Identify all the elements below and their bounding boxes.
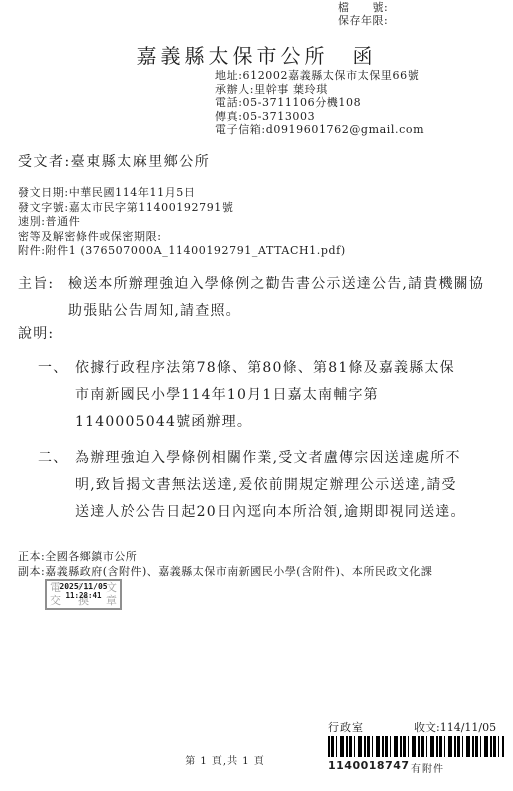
- stamp-date: 2025/11/05: [47, 582, 120, 591]
- security-class: 密等及解密條件或保密期限:: [18, 230, 346, 245]
- subject-text: 檢送本所辦理強迫入學條例之勸告書公示送達公告,請貴機關協助張貼公告周知,請查照。: [68, 276, 484, 319]
- stamp-time: 11:28:41: [47, 591, 120, 600]
- description-label: 說明:: [18, 323, 54, 343]
- contact-person: 承辦人:里幹事 葉玲琪: [215, 83, 424, 97]
- document-title: 嘉義縣太保市公所 函: [0, 40, 513, 69]
- copies-block: 正本:全國各鄉鎮市公所 副本:嘉義縣政府(含附件)、嘉義縣太保市南新國民小學(含…: [18, 550, 432, 579]
- contact-email: 電子信箱:d0919601762@gmail.com: [215, 123, 424, 137]
- description-item-1: 一、 依據行政程序法第78條、第80條、第81條及嘉義縣太保市南新國民小學114…: [38, 355, 468, 436]
- speed-class: 速別:普通件: [18, 215, 346, 230]
- item-text: 為辦理強迫入學條例相關作業,受文者盧傳宗因送達處所不明,致旨揭文書無法送達,爰依…: [75, 450, 466, 520]
- agency-contact-block: 地址:612002嘉義縣太保市太保里66號 承辦人:里幹事 葉玲琪 電話:05-…: [215, 69, 424, 137]
- description-item-2: 二、 為辦理強迫入學條例相關作業,受文者盧傳宗因送達處所不明,致旨揭文書無法送達…: [38, 445, 468, 526]
- issue-number: 發文字號:嘉太市民字第11400192791號: [18, 201, 346, 216]
- issue-date: 發文日期:中華民國114年11月5日: [18, 186, 346, 201]
- file-number-block: 檔 號: 保存年限:: [338, 1, 388, 27]
- file-number-label: 檔 號:: [338, 1, 388, 14]
- item-text: 依據行政程序法第78條、第80條、第81條及嘉義縣太保市南新國民小學114年10…: [75, 360, 455, 430]
- official-document-page: 檔 號: 保存年限: 嘉義縣太保市公所 函 地址:612002嘉義縣太保市太保里…: [0, 0, 513, 791]
- barcode: [328, 736, 504, 757]
- receiving-office: 行政室: [328, 719, 364, 735]
- original-copy-line: 正本:全國各鄉鎮市公所: [18, 550, 432, 565]
- item-number: 一、: [38, 355, 68, 382]
- contact-fax: 傳真:05-3713003: [215, 110, 424, 124]
- received-doc-number: 1140018747: [328, 759, 410, 772]
- attachment-line: 附件:附件1 (376507000A_11400192791_ATTACH1.p…: [18, 244, 346, 259]
- document-meta-block: 發文日期:中華民國114年11月5日 發文字號:嘉太市民字第1140019279…: [18, 186, 346, 259]
- agency-address: 地址:612002嘉義縣太保市太保里66號: [215, 69, 424, 83]
- recipient-line: 受文者:臺東縣太麻里鄉公所: [18, 151, 210, 171]
- retention-period-label: 保存年限:: [338, 14, 388, 27]
- received-date: 收文:114/11/05: [414, 719, 496, 735]
- subject-label: 主旨:: [18, 271, 54, 298]
- contact-phone: 電話:05-3711106分機108: [215, 96, 424, 110]
- carbon-copy-line: 副本:嘉義縣政府(含附件)、嘉義縣太保市南新國民小學(含附件)、本所民政文化課: [18, 565, 432, 580]
- page-number-footer: 第 1 頁,共 1 頁: [160, 752, 290, 767]
- attachment-note: 有附件: [411, 760, 444, 775]
- item-number: 二、: [38, 445, 68, 472]
- subject-paragraph: 主旨: 檢送本所辦理強迫入學條例之勸告書公示送達公告,請貴機關協助張貼公告周知,…: [18, 271, 490, 325]
- stamp-datetime-overlay: 2025/11/05 11:28:41: [47, 582, 120, 600]
- electronic-exchange-stamp: 電 子公 文 交 換 章 2025/11/05 11:28:41: [45, 579, 122, 610]
